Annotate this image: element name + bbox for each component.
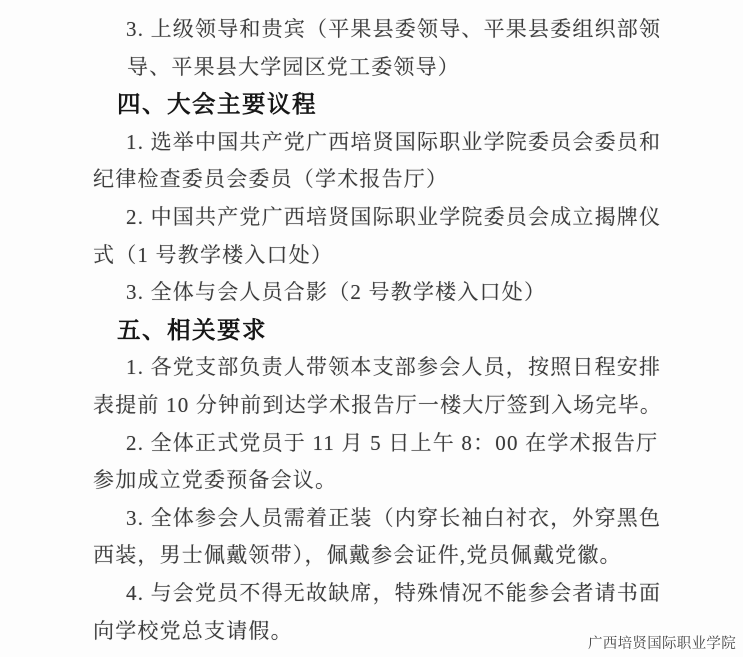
document-line: 参加成立党委预备会议。 (93, 462, 663, 500)
document-line: 表提前 10 分钟前到达学术报告厅一楼大厅签到入场完毕。 (93, 387, 663, 425)
document-line: 西装，男士佩戴领带），佩戴参会证件,党员佩戴党徽。 (93, 537, 663, 575)
document-line: 3. 上级领导和贵宾（平果县委领导、平果县委组织部领 (93, 11, 663, 49)
section-heading: 五、相关要求 (93, 312, 663, 350)
document-line: 4. 与会党员不得无故缺席，特殊情况不能参会者请书面 (93, 575, 663, 613)
document-line: 式（1 号教学楼入口处） (93, 237, 663, 275)
document-line: 1. 各党支部负责人带领本支部参会人员，按照日程安排 (93, 349, 663, 387)
document-line: 导、平果县大学园区党工委领导） (93, 49, 663, 87)
document-line: 纪律检查委员会委员（学术报告厅） (93, 161, 663, 199)
document-line: 2. 全体正式党员于 11 月 5 日上午 8：00 在学术报告厅 (93, 425, 663, 463)
document-line: 3. 全体参会人员需着正装（内穿长袖白衬衣，外穿黑色 (93, 500, 663, 538)
document-line: 2. 中国共产党广西培贤国际职业学院委员会成立揭牌仪 (93, 199, 663, 237)
document-line: 3. 全体与会人员合影（2 号教学楼入口处） (93, 274, 663, 312)
school-watermark: 广西培贤国际职业学院 (588, 632, 736, 653)
document-line: 向学校党总支请假。 (93, 613, 663, 651)
section-heading: 四、大会主要议程 (93, 86, 663, 124)
document-page: 3. 上级领导和贵宾（平果县委领导、平果县委组织部领导、平果县大学园区党工委领导… (0, 0, 743, 657)
document-body: 3. 上级领导和贵宾（平果县委领导、平果县委组织部领导、平果县大学园区党工委领导… (93, 11, 663, 650)
document-line: 1. 选举中国共产党广西培贤国际职业学院委员会委员和 (93, 124, 663, 162)
